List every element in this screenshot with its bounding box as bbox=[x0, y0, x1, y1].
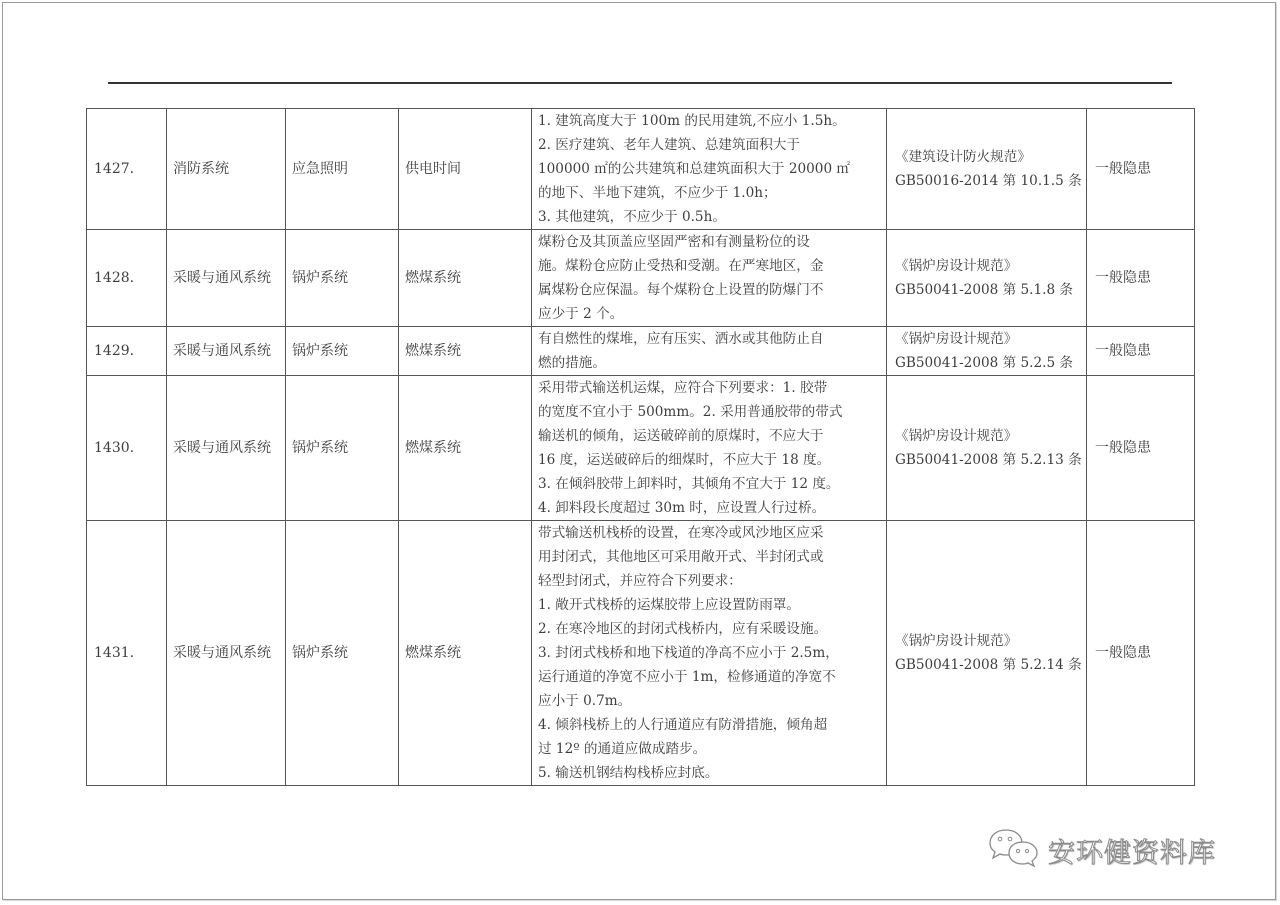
item-cell: 燃煤系统 bbox=[399, 327, 532, 376]
basis-cell: 《建筑设计防火规范》 GB50016-2014 第 10.1.5 条 bbox=[887, 109, 1087, 230]
hazard-level-cell: 一般隐患 bbox=[1087, 521, 1195, 786]
requirement-line: 3. 封闭式栈桥和地下栈道的净高不应小于 2.5m， bbox=[538, 641, 882, 665]
basis-clause: GB50016-2014 第 10.1.5 条 bbox=[895, 169, 1082, 193]
subsystem-cell: 锅炉系统 bbox=[286, 376, 399, 521]
requirement-line: 燃的措施。 bbox=[538, 351, 882, 375]
requirement-line: 1. 建筑高度大于 100m 的民用建筑,不应小 1.5h。 bbox=[538, 109, 882, 133]
requirement-line: 100000 ㎡的公共建筑和总建筑面积大于 20000 ㎡ bbox=[538, 157, 882, 181]
requirement-cell: 1. 建筑高度大于 100m 的民用建筑,不应小 1.5h。 2. 医疗建筑、老… bbox=[532, 109, 887, 230]
requirement-line: 运行通道的净宽不应小于 1m，检修通道的净宽不 bbox=[538, 665, 882, 689]
row-number: 1431. bbox=[87, 521, 167, 786]
subsystem-cell: 锅炉系统 bbox=[286, 230, 399, 327]
system-cell: 采暖与通风系统 bbox=[167, 327, 286, 376]
watermark: 安环健资料库 bbox=[988, 828, 1216, 872]
requirement-line: 16 度，运送破碎后的细煤时，不应大于 18 度。 bbox=[538, 448, 882, 472]
subsystem-cell: 锅炉系统 bbox=[286, 327, 399, 376]
requirement-line: 采用带式输送机运煤，应符合下列要求：1. 胶带 bbox=[538, 376, 882, 400]
hazard-level-cell: 一般隐患 bbox=[1087, 376, 1195, 521]
system-cell: 采暖与通风系统 bbox=[167, 376, 286, 521]
row-number: 1430. bbox=[87, 376, 167, 521]
requirement-line: 煤粉仓及其顶盖应坚固严密和有测量粉位的设 bbox=[538, 230, 882, 254]
row-number: 1429. bbox=[87, 327, 167, 376]
table-row: 1427. 消防系统 应急照明 供电时间 1. 建筑高度大于 100m 的民用建… bbox=[87, 109, 1195, 230]
system-cell: 消防系统 bbox=[167, 109, 286, 230]
basis-clause: GB50041-2008 第 5.2.13 条 bbox=[895, 448, 1082, 472]
requirement-line: 4. 卸料段长度超过 30m 时，应设置人行过桥。 bbox=[538, 496, 882, 520]
requirement-line: 2. 医疗建筑、老年人建筑、总建筑面积大于 bbox=[538, 133, 882, 157]
requirement-line: 3. 其他建筑，不应少于 0.5h。 bbox=[538, 205, 882, 229]
row-number: 1427. bbox=[87, 109, 167, 230]
item-cell: 燃煤系统 bbox=[399, 230, 532, 327]
hazard-level-cell: 一般隐患 bbox=[1087, 327, 1195, 376]
basis-clause: GB50041-2008 第 5.1.8 条 bbox=[895, 278, 1082, 302]
requirement-line: 的宽度不宜小于 500mm。2. 采用普通胶带的带式 bbox=[538, 400, 882, 424]
subsystem-cell: 应急照明 bbox=[286, 109, 399, 230]
item-cell: 燃煤系统 bbox=[399, 376, 532, 521]
requirement-line: 1. 敞开式栈桥的运煤胶带上应设置防雨罩。 bbox=[538, 593, 882, 617]
requirement-line: 5. 输送机钢结构栈桥应封底。 bbox=[538, 761, 882, 785]
basis-cell: 《锅炉房设计规范》 GB50041-2008 第 5.2.5 条 bbox=[887, 327, 1087, 376]
basis-clause: GB50041-2008 第 5.2.14 条 bbox=[895, 653, 1082, 677]
requirement-line: 3. 在倾斜胶带上卸料时，其倾角不宜大于 12 度。 bbox=[538, 472, 882, 496]
hazard-level-cell: 一般隐患 bbox=[1087, 230, 1195, 327]
requirement-line: 轻型封闭式，并应符合下列要求： bbox=[538, 569, 882, 593]
table-row: 1429. 采暖与通风系统 锅炉系统 燃煤系统 有自燃性的煤堆，应有压实、洒水或… bbox=[87, 327, 1195, 376]
basis-title: 《锅炉房设计规范》 bbox=[895, 629, 1082, 653]
hazard-level-cell: 一般隐患 bbox=[1087, 109, 1195, 230]
requirement-line: 应少于 2 个。 bbox=[538, 302, 882, 326]
basis-cell: 《锅炉房设计规范》 GB50041-2008 第 5.2.14 条 bbox=[887, 521, 1087, 786]
requirement-line: 输送机的倾角，运送破碎前的原煤时，不应大于 bbox=[538, 424, 882, 448]
requirement-cell: 煤粉仓及其顶盖应坚固严密和有测量粉位的设 施。煤粉仓应防止受热和受潮。在严寒地区… bbox=[532, 230, 887, 327]
basis-title: 《锅炉房设计规范》 bbox=[895, 327, 1082, 351]
subsystem-cell: 锅炉系统 bbox=[286, 521, 399, 786]
table-row: 1428. 采暖与通风系统 锅炉系统 燃煤系统 煤粉仓及其顶盖应坚固严密和有测量… bbox=[87, 230, 1195, 327]
basis-clause: GB50041-2008 第 5.2.5 条 bbox=[895, 351, 1082, 375]
hazard-table: 1427. 消防系统 应急照明 供电时间 1. 建筑高度大于 100m 的民用建… bbox=[86, 108, 1195, 786]
basis-title: 《锅炉房设计规范》 bbox=[895, 424, 1082, 448]
basis-title: 《建筑设计防火规范》 bbox=[895, 145, 1082, 169]
row-number: 1428. bbox=[87, 230, 167, 327]
requirement-line: 施。煤粉仓应防止受热和受潮。在严寒地区，金 bbox=[538, 254, 882, 278]
basis-cell: 《锅炉房设计规范》 GB50041-2008 第 5.1.8 条 bbox=[887, 230, 1087, 327]
watermark-text: 安环健资料库 bbox=[1048, 831, 1216, 870]
requirement-line: 过 12º 的通道应做成踏步。 bbox=[538, 737, 882, 761]
requirement-cell: 采用带式输送机运煤，应符合下列要求：1. 胶带 的宽度不宜小于 500mm。2.… bbox=[532, 376, 887, 521]
requirement-cell: 带式输送机栈桥的设置，在寒冷或风沙地区应采 用封闭式，其他地区可采用敞开式、半封… bbox=[532, 521, 887, 786]
item-cell: 燃煤系统 bbox=[399, 521, 532, 786]
table-row: 1431. 采暖与通风系统 锅炉系统 燃煤系统 带式输送机栈桥的设置，在寒冷或风… bbox=[87, 521, 1195, 786]
requirement-line: 属煤粉仓应保温。每个煤粉仓上设置的防爆门不 bbox=[538, 278, 882, 302]
basis-title: 《锅炉房设计规范》 bbox=[895, 254, 1082, 278]
requirement-line: 有自燃性的煤堆，应有压实、洒水或其他防止自 bbox=[538, 327, 882, 351]
header-rule bbox=[108, 82, 1172, 84]
system-cell: 采暖与通风系统 bbox=[167, 230, 286, 327]
requirement-line: 用封闭式，其他地区可采用敞开式、半封闭式或 bbox=[538, 545, 882, 569]
requirement-line: 带式输送机栈桥的设置，在寒冷或风沙地区应采 bbox=[538, 521, 882, 545]
requirement-cell: 有自燃性的煤堆，应有压实、洒水或其他防止自 燃的措施。 bbox=[532, 327, 887, 376]
item-cell: 供电时间 bbox=[399, 109, 532, 230]
system-cell: 采暖与通风系统 bbox=[167, 521, 286, 786]
requirement-line: 4. 倾斜栈桥上的人行通道应有防滑措施，倾角超 bbox=[538, 713, 882, 737]
requirement-line: 应小于 0.7m。 bbox=[538, 689, 882, 713]
table-row: 1430. 采暖与通风系统 锅炉系统 燃煤系统 采用带式输送机运煤，应符合下列要… bbox=[87, 376, 1195, 521]
wechat-icon bbox=[988, 828, 1042, 872]
requirement-line: 2. 在寒冷地区的封闭式栈桥内，应有采暖设施。 bbox=[538, 617, 882, 641]
basis-cell: 《锅炉房设计规范》 GB50041-2008 第 5.2.13 条 bbox=[887, 376, 1087, 521]
requirement-line: 的地下、半地下建筑，不应少于 1.0h； bbox=[538, 181, 882, 205]
